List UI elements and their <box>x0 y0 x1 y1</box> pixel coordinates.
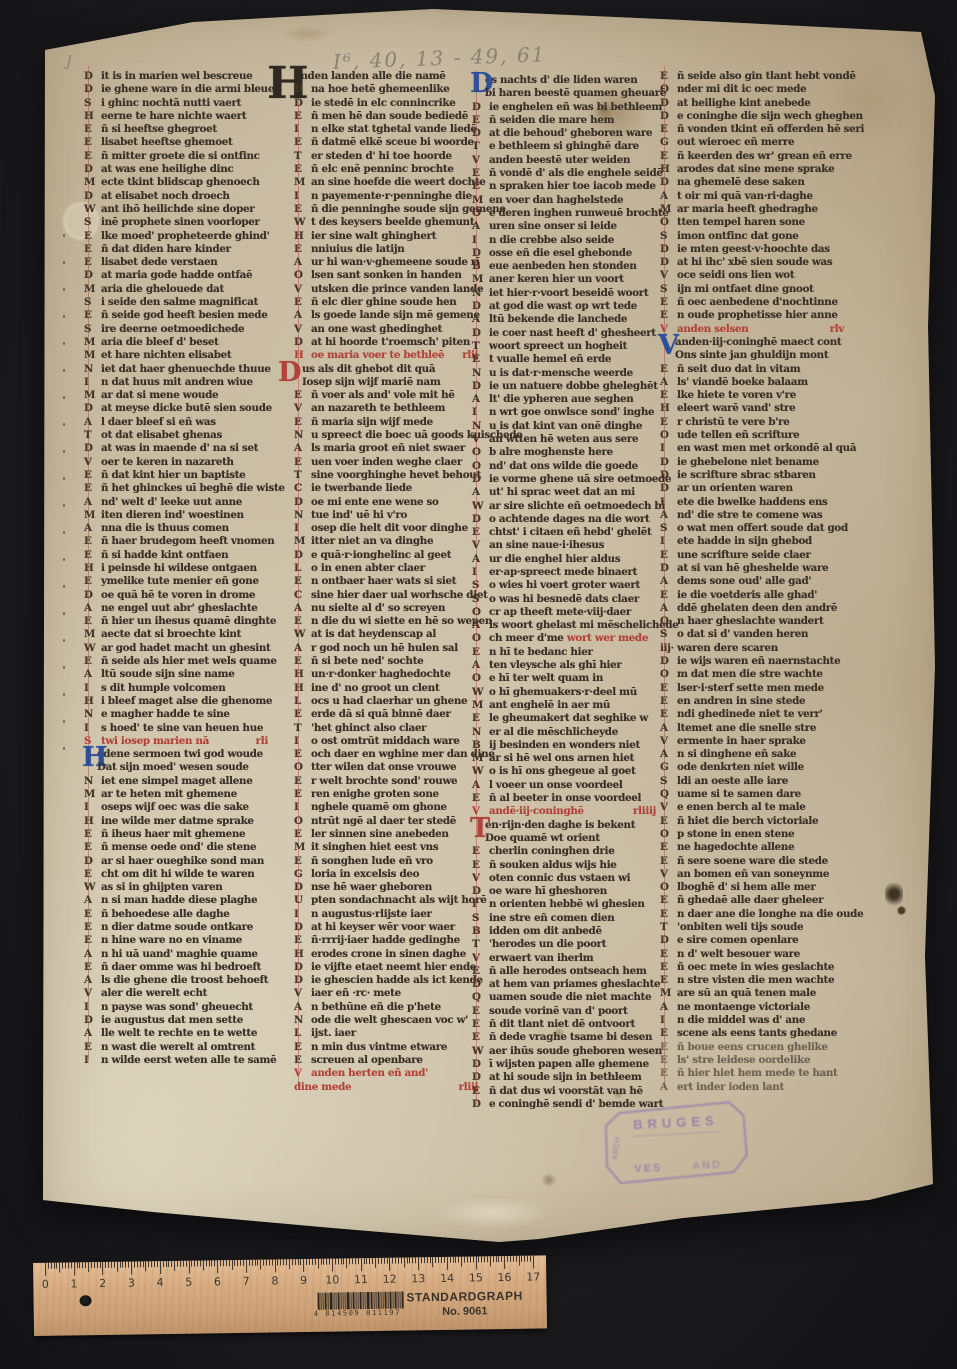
manuscript-leaf: J I⁶, 40, 13 - 49, 61 Dit is in marien w… <box>33 6 943 1248</box>
ruler-hole <box>79 1295 91 1306</box>
ms-col-1: Dit is in marien wel bescreueDie ghene w… <box>84 70 284 1067</box>
stamp-left-text: ARCH <box>610 1136 623 1160</box>
ms-col-2: Handen landen alle die namēDna hoe hetē … <box>294 70 494 1094</box>
ruler-model: No. 9061 <box>390 1304 540 1318</box>
library-stamp: BRUGES ARCH VES AND <box>601 1098 755 1190</box>
ruler-ticks <box>33 1255 546 1263</box>
ruler-brand: STANDARDGRAPH <box>389 1288 539 1304</box>
pencil-corner-mark: J <box>66 54 72 70</box>
stamp-city-text: BRUGES <box>633 1113 719 1132</box>
ruler: 01234567891011121314151617 4 014509 0111… <box>33 1255 547 1336</box>
stamp-bottom-left-text: VES <box>634 1162 663 1175</box>
ruler-barcode-digits: 4 014509 011197 <box>314 1309 401 1318</box>
ms-col-3: Des nachts d' die liden warenbi haren be… <box>472 74 672 1111</box>
ms-col-4: Eñ seide also gin tlant hebt vondēOnder … <box>660 70 860 1094</box>
photograph-canvas: { "photo": { "subject": "medieval manusc… <box>0 0 957 1369</box>
stamp-bottom-right-text: AND <box>692 1159 722 1173</box>
